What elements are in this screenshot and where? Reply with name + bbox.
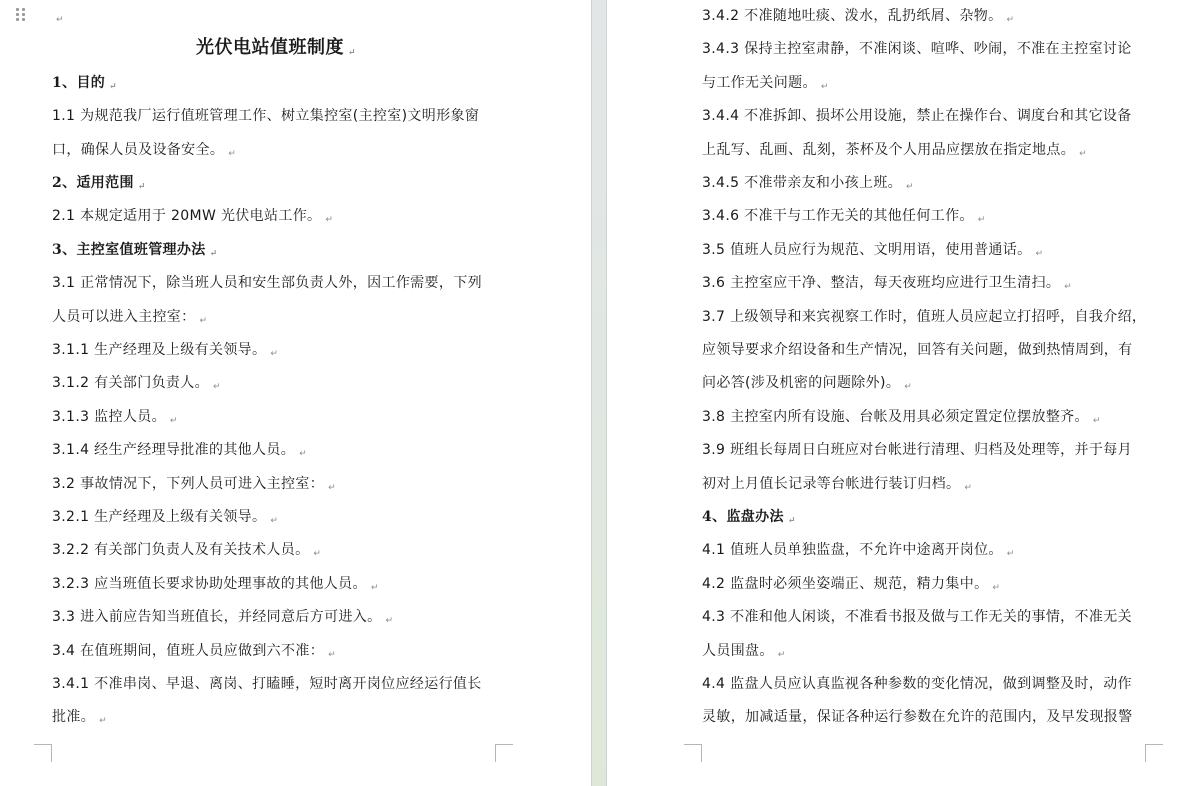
paragraph-line: 3.1.4 经生产经理导批准的其他人员。↵ (52, 440, 307, 460)
line-text: 3.4.4 不准拆卸、损坏公用设施，禁止在操作台、调度台和其它设备 (702, 108, 1132, 124)
paragraph-mark-icon: ↵ (99, 711, 107, 731)
paragraph-mark-icon: ↵ (210, 244, 218, 264)
paragraph-line: 1.1 为规范我厂运行值班管理工作、树立集控室(主控室)文明形象窗 (52, 106, 479, 126)
paragraph-mark-icon: ↵ (1006, 10, 1014, 30)
paragraph-line: 3.4.2 不准随地吐痰、泼水，乱扔纸屑、杂物。↵ (702, 6, 1014, 26)
paragraph-line: 与工作无关问题。↵ (702, 73, 828, 93)
paragraph-line: 4.4 监盘人员应认真监视各种参数的变化情况，做到调整及时，动作 (702, 674, 1132, 694)
paragraph-mark-icon: ↵ (170, 411, 178, 431)
line-text: 3.1.1 生产经理及上级有关领导。 (52, 342, 266, 358)
paragraph-mark-icon: ↵ (56, 10, 64, 30)
paragraph-line: 3.4 在值班期间，值班人员应做到六不准：↵ (52, 641, 336, 661)
paragraph-line: 3.2 事故情况下，下列人员可进入主控室：↵ (52, 474, 336, 494)
paragraph-mark-icon: ↵ (200, 311, 208, 331)
document-title: 光伏电站值班制度↵ (196, 36, 356, 60)
paragraph-mark-icon: ↵ (1093, 411, 1101, 431)
paragraph-mark-icon: ↵ (964, 478, 972, 498)
paragraph-line: 3.4.1 不准串岗、早退、离岗、打瞌睡，短时离开岗位应经运行值长 (52, 674, 482, 694)
line-text: 3.1.3 监控人员。 (52, 409, 166, 425)
paragraph-line: 3.4.5 不准带亲友和小孩上班。↵ (702, 173, 914, 193)
paragraph-line: 3.2.2 有关部门负责人及有关技术人员。↵ (52, 540, 321, 560)
paragraph-line: 应领导要求介绍设备和生产情况，回答有关问题，做到热情周到，有 (702, 340, 1133, 360)
line-text: 3.2.1 生产经理及上级有关领导。 (52, 509, 266, 525)
line-text: 3.4.3 保持主控室肃静，不准闲谈、喧哗、吵闹，不准在主控室讨论 (702, 41, 1132, 57)
paragraph-line: 3.5 值班人员应行为规范、文明用语，使用普通话。↵ (702, 240, 1043, 260)
line-text: 3.2.3 应当班值长要求协助处理事故的其他人员。 (52, 576, 367, 592)
paragraph-line: 3.6 主控室应干净、整洁，每天夜班均应进行卫生清扫。↵ (702, 273, 1072, 293)
paragraph-line: 3.1 正常情况下，除当班人员和安生部负责人外，因工作需要，下列 (52, 273, 482, 293)
line-text: 与工作无关问题。 (702, 75, 817, 91)
line-text: 1、目的 (52, 75, 105, 91)
paragraph-line: 3.2.1 生产经理及上级有关领导。↵ (52, 507, 278, 527)
paragraph-mark-icon: ↵ (1064, 277, 1072, 297)
line-text: 3.1.2 有关部门负责人。 (52, 375, 209, 391)
line-text: 1.1 为规范我厂运行值班管理工作、树立集控室(主控室)文明形象窗 (52, 108, 479, 124)
line-text: 3.4.5 不准带亲友和小孩上班。 (702, 175, 902, 191)
line-text: 3.7 上级领导和来宾视察工作时，值班人员应起立打招呼，自我介绍， (702, 309, 1146, 325)
paragraph-mark-icon: ↵ (228, 144, 236, 164)
paragraph-mark-icon: ↵ (270, 511, 278, 531)
paragraph-mark-icon: ↵ (328, 645, 336, 665)
empty-paragraph: ↵ (52, 6, 64, 26)
paragraph-line: 3.7 上级领导和来宾视察工作时，值班人员应起立打招呼，自我介绍， (702, 307, 1146, 327)
line-text: 4、监盘办法 (702, 509, 784, 525)
paragraph-line: 2.1 本规定适用于 20MW 光伏电站工作。↵ (52, 206, 333, 226)
line-text: 灵敏，加减适量，保证各种运行参数在允许的范围内，及早发现报警 (702, 709, 1133, 725)
line-text: 3.4.1 不准串岗、早退、离岗、打瞌睡，短时离开岗位应经运行值长 (52, 676, 482, 692)
line-text: 初对上月值长记录等台帐进行装订归档。 (702, 476, 960, 492)
line-text: 口，确保人员及设备安全。 (52, 142, 224, 158)
paragraph-line: 4.3 不准和他人闲谈，不准看书报及做与工作无关的事情，不准无关 (702, 607, 1132, 627)
line-text: 3.8 主控室内所有设施、台帐及用具必须定置定位摆放整齐。 (702, 409, 1089, 425)
paragraph-mark-icon: ↵ (328, 478, 336, 498)
paragraph-mark-icon: ↵ (313, 544, 321, 564)
section-heading: 1、目的↵ (52, 73, 117, 93)
paragraph-line: 人员围盘。↵ (702, 641, 785, 661)
line-text: 3.4 在值班期间，值班人员应做到六不准： (52, 643, 324, 659)
document-page-right[interactable]: 3.4.2 不准随地吐痰、泼水，乱扔纸屑、杂物。↵3.4.3 保持主控室肃静，不… (607, 0, 1189, 786)
section-heading: 2、适用范围↵ (52, 173, 145, 193)
line-text: 3.3 进入前应告知当班值长，并经同意后方可进入。 (52, 609, 381, 625)
paragraph-line: 初对上月值长记录等台帐进行装订归档。↵ (702, 474, 972, 494)
paragraph-line: 人员可以进入主控室：↵ (52, 307, 207, 327)
paragraph-line: 问必答(涉及机密的问题除外)。↵ (702, 373, 912, 393)
line-text: 3.2 事故情况下，下列人员可进入主控室： (52, 476, 324, 492)
paragraph-line: 3.8 主控室内所有设施、台帐及用具必须定置定位摆放整齐。↵ (702, 407, 1100, 427)
line-text: 光伏电站值班制度 (196, 37, 344, 58)
document-page-left[interactable]: ↵光伏电站值班制度↵1、目的↵1.1 为规范我厂运行值班管理工作、树立集控室(主… (0, 0, 591, 786)
section-heading: 4、监盘办法↵ (702, 507, 795, 527)
paragraph-mark-icon: ↵ (348, 41, 356, 65)
paragraph-line: 3.9 班组长每周日白班应对台帐进行清理、归档及处理等，并于每月 (702, 440, 1132, 460)
line-text: 3.1 正常情况下，除当班人员和安生部负责人外，因工作需要，下列 (52, 275, 482, 291)
paragraph-line: 4.1 值班人员单独监盘，不允许中途离开岗位。↵ (702, 540, 1014, 560)
section-heading: 3、主控室值班管理办法↵ (52, 240, 217, 260)
margin-corner-bottom-right-icon (495, 744, 513, 762)
margin-corner-bottom-left-icon (34, 744, 52, 762)
paragraph-mark-icon: ↵ (978, 210, 986, 230)
line-text: 上乱写、乱画、乱刻，茶杯及个人用品应摆放在指定地点。 (702, 142, 1075, 158)
line-text: 4.1 值班人员单独监盘，不允许中途离开岗位。 (702, 542, 1003, 558)
paragraph-line: 批准。↵ (52, 707, 107, 727)
line-text: 3.2.2 有关部门负责人及有关技术人员。 (52, 542, 309, 558)
line-text: 3.9 班组长每周日白班应对台帐进行清理、归档及处理等，并于每月 (702, 442, 1132, 458)
paragraph-line: 3.4.4 不准拆卸、损坏公用设施，禁止在操作台、调度台和其它设备 (702, 106, 1132, 126)
paragraph-line: 灵敏，加减适量，保证各种运行参数在允许的范围内，及早发现报警 (702, 707, 1133, 727)
paragraph-line: 3.1.2 有关部门负责人。↵ (52, 373, 221, 393)
paragraph-mark-icon: ↵ (904, 377, 912, 397)
paragraph-line: 4.2 监盘时必须坐姿端正、规范，精力集中。↵ (702, 574, 1000, 594)
line-text: 人员围盘。 (702, 643, 774, 659)
paragraph-line: 3.3 进入前应告知当班值长，并经同意后方可进入。↵ (52, 607, 393, 627)
paragraph-line: 3.1.1 生产经理及上级有关领导。↵ (52, 340, 278, 360)
line-text: 3、主控室值班管理办法 (52, 242, 206, 258)
paragraph-mark-icon: ↵ (213, 377, 221, 397)
line-text: 4.2 监盘时必须坐姿端正、规范，精力集中。 (702, 576, 988, 592)
paragraph-mark-icon: ↵ (821, 77, 829, 97)
margin-corner-bottom-right-icon (1145, 744, 1163, 762)
paragraph-mark-icon: ↵ (299, 444, 307, 464)
paragraph-mark-icon: ↵ (109, 77, 117, 97)
line-text: 批准。 (52, 709, 95, 725)
paragraph-mark-icon: ↵ (371, 578, 379, 598)
drag-handle-icon[interactable] (16, 8, 26, 22)
line-text: 人员可以进入主控室： (52, 309, 196, 325)
paragraph-mark-icon: ↵ (385, 611, 393, 631)
paragraph-mark-icon: ↵ (1035, 244, 1043, 264)
paragraph-mark-icon: ↵ (325, 210, 333, 230)
line-text: 2.1 本规定适用于 20MW 光伏电站工作。 (52, 208, 321, 224)
paragraph-line: 上乱写、乱画、乱刻，茶杯及个人用品应摆放在指定地点。↵ (702, 140, 1087, 160)
line-text: 3.5 值班人员应行为规范、文明用语，使用普通话。 (702, 242, 1031, 258)
line-text: 3.4.6 不准干与工作无关的其他任何工作。 (702, 208, 974, 224)
line-text: 3.6 主控室应干净、整洁，每天夜班均应进行卫生清扫。 (702, 275, 1060, 291)
paragraph-mark-icon: ↵ (992, 578, 1000, 598)
margin-corner-bottom-left-icon (684, 744, 702, 762)
paragraph-line: 口，确保人员及设备安全。↵ (52, 140, 236, 160)
paragraph-mark-icon: ↵ (906, 177, 914, 197)
paragraph-mark-icon: ↵ (1079, 144, 1087, 164)
line-text: 问必答(涉及机密的问题除外)。 (702, 375, 900, 391)
paragraph-line: 3.4.6 不准干与工作无关的其他任何工作。↵ (702, 206, 985, 226)
line-text: 2、适用范围 (52, 175, 134, 191)
paragraph-mark-icon: ↵ (778, 645, 786, 665)
line-text: 3.1.4 经生产经理导批准的其他人员。 (52, 442, 295, 458)
paragraph-line: 3.4.3 保持主控室肃静，不准闲谈、喧哗、吵闹，不准在主控室讨论 (702, 39, 1132, 59)
paragraph-mark-icon: ↵ (1007, 544, 1015, 564)
line-text: 4.3 不准和他人闲谈，不准看书报及做与工作无关的事情，不准无关 (702, 609, 1132, 625)
paragraph-line: 3.1.3 监控人员。↵ (52, 407, 177, 427)
line-text: 3.4.2 不准随地吐痰、泼水，乱扔纸屑、杂物。 (702, 8, 1002, 24)
line-text: 应领导要求介绍设备和生产情况，回答有关问题，做到热情周到，有 (702, 342, 1133, 358)
page-gutter (591, 0, 607, 786)
paragraph-mark-icon: ↵ (788, 511, 796, 531)
line-text: 4.4 监盘人员应认真监视各种参数的变化情况，做到调整及时，动作 (702, 676, 1132, 692)
paragraph-mark-icon: ↵ (138, 177, 146, 197)
paragraph-mark-icon: ↵ (270, 344, 278, 364)
paragraph-line: 3.2.3 应当班值长要求协助处理事故的其他人员。↵ (52, 574, 378, 594)
